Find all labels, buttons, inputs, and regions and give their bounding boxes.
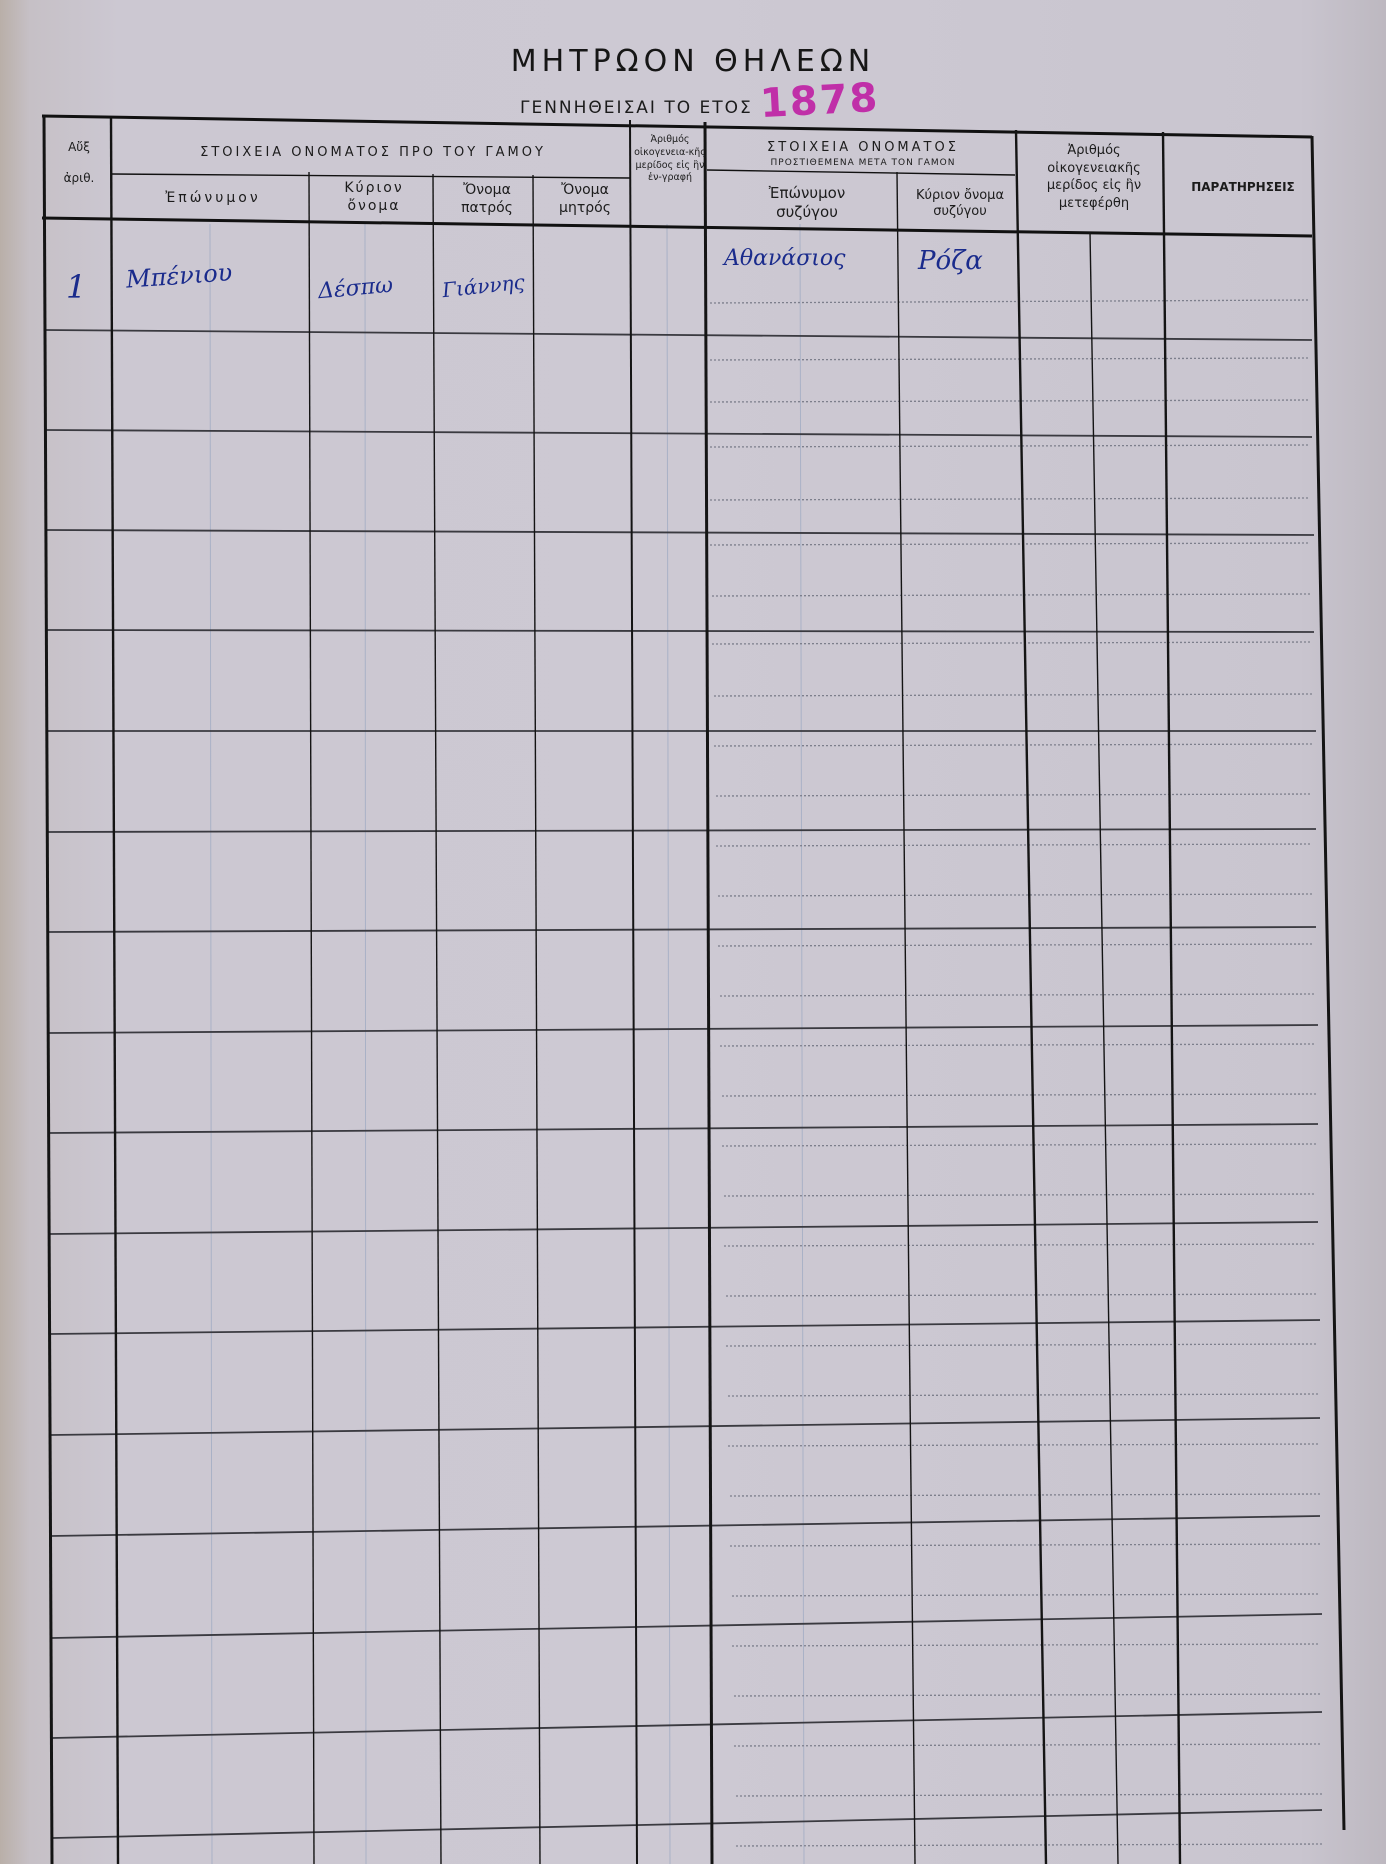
header-family-register-no: Ἀριθμός οἰκογενεια-κῆς μερίδος εἰς ἣν ἐν… <box>634 134 706 185</box>
register-page: ΜΗΤΡΩΟΝ ΘΗΛΕΩΝ ΓΕΝΝΗΘΕΙΣΑΙ ΤΟ ΕΤΟΣ 1878 <box>0 0 1386 1864</box>
header-after-marriage-group: ΣΤΟΙΧΕΙΑ ΟΝΟΜΑΤΟΣ ΠΡΟΣΤΙΘΕΜΕΝΑ ΜΕΤΑ ΤΟΝ … <box>710 140 1016 170</box>
header-spouse-first-name: Κύριον ὄνομα συζύγου <box>902 188 1018 221</box>
header-serial-no-line1: Αὔξ <box>48 140 110 155</box>
header-spouse-surname: Ἐπώνυμον συζύγου <box>712 184 902 222</box>
header-serial-no: Αὔξ ἀριθ. <box>48 140 110 186</box>
header-spouse-surname-line2: συζύγου <box>712 203 902 222</box>
header-serial-no-line2: ἀριθ. <box>48 171 110 186</box>
header-mother-name-line1: Ὄνομα <box>538 182 632 200</box>
header-first-name-line1: Κύριον <box>312 180 436 198</box>
header-surname: Ἐπώνυμον <box>116 190 310 208</box>
row-1-serial-no: 1 <box>66 268 86 306</box>
header-mother-name: Ὄνομα μητρός <box>538 182 632 217</box>
header-before-marriage-group: ΣΤΟΙΧΕΙΑ ΟΝΟΜΑΤΟΣ ΠΡΟ ΤΟΥ ΓΑΜΟΥ <box>116 145 630 161</box>
header-spouse-surname-line1: Ἐπώνυμον <box>712 184 902 203</box>
header-spouse-first-name-line2: συζύγου <box>902 204 1018 220</box>
row-1-spouse-first-name: Ρόζα <box>918 246 983 276</box>
header-father-name-line2: πατρός <box>438 200 536 218</box>
header-after-marriage-title: ΣΤΟΙΧΕΙΑ ΟΝΟΜΑΤΟΣ <box>710 140 1016 156</box>
header-mother-name-line2: μητρός <box>538 200 632 218</box>
row-1-spouse-surname: Αθανάσιος <box>724 246 845 271</box>
header-after-marriage-subtitle: ΠΡΟΣΤΙΘΕΜΕΝΑ ΜΕΤΑ ΤΟΝ ΓΑΜΟΝ <box>710 158 1016 169</box>
header-first-name-line2: ὄνομα <box>312 198 436 216</box>
header-spouse-first-name-line1: Κύριον ὄνομα <box>902 188 1018 204</box>
header-transferred-register: Ἀριθμός οἰκογενειακῆς μερίδος εἰς ἣν μετ… <box>1024 142 1164 212</box>
header-first-name: Κύριον ὄνομα <box>312 180 436 215</box>
header-father-name: Ὄνομα πατρός <box>438 182 536 217</box>
header-father-name-line1: Ὄνομα <box>438 182 536 200</box>
header-remarks: ΠΑΡΑΤΗΡΗΣΕΙΣ <box>1170 180 1316 195</box>
